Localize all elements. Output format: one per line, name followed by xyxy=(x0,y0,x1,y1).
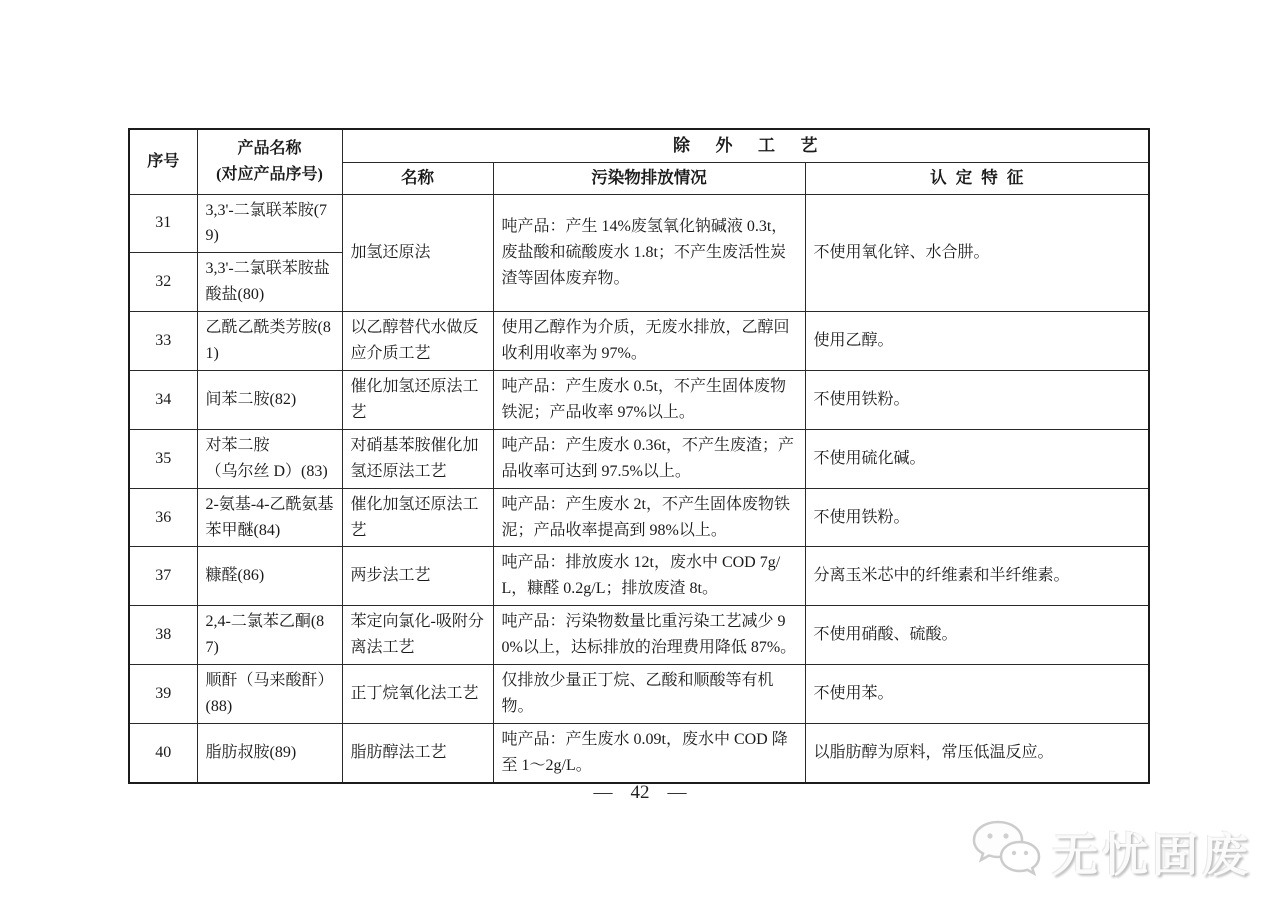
table-row: 39 顺酐（马来酸酐）(88) 正丁烷氧化法工艺 仅排放少量正丁烷、乙酸和顺酸等… xyxy=(129,665,1149,724)
product-cell: 乙酰乙酰类芳胺(81) xyxy=(197,312,342,371)
table-row: 36 2-氨基-4-乙酰氨基苯甲醚(84) 催化加氢还原法工艺 吨产品：产生废水… xyxy=(129,488,1149,547)
seq-cell: 31 xyxy=(129,194,197,253)
header-feature: 认定特征 xyxy=(805,162,1149,194)
feature-cell: 不使用铁粉。 xyxy=(805,488,1149,547)
page-number: 42 xyxy=(631,782,650,803)
exempt-process-table: 序号 产品名称 (对应产品序号) 除外工艺 名称 污染物排放情况 认定特征 31… xyxy=(128,128,1150,784)
product-cell: 糠醛(86) xyxy=(197,547,342,606)
seq-cell: 33 xyxy=(129,312,197,371)
feature-cell: 不使用硫化碱。 xyxy=(805,429,1149,488)
pollution-cell: 吨产品：污染物数量比重污染工艺减少 90%以上，达标排放的治理费用降低 87%。 xyxy=(493,606,805,665)
process-cell: 脂肪醇法工艺 xyxy=(342,723,493,783)
table-row: 34 间苯二胺(82) 催化加氢还原法工艺 吨产品：产生废水 0.5t，不产生固… xyxy=(129,370,1149,429)
header-exempt-process-group: 除外工艺 xyxy=(342,129,1149,162)
pollution-cell: 吨产品：产生废水 0.5t，不产生固体废物铁泥；产品收率 97%以上。 xyxy=(493,370,805,429)
product-cell: 间苯二胺(82) xyxy=(197,370,342,429)
feature-cell: 使用乙醇。 xyxy=(805,312,1149,371)
table-row: 38 2,4-二氯苯乙酮(87) 苯定向氯化-吸附分离法工艺 吨产品：污染物数量… xyxy=(129,606,1149,665)
footer-dash-left: — xyxy=(594,782,613,803)
seq-cell: 40 xyxy=(129,723,197,783)
header-seq: 序号 xyxy=(129,129,197,194)
seq-cell: 34 xyxy=(129,370,197,429)
process-cell: 催化加氢还原法工艺 xyxy=(342,488,493,547)
product-cell: 脂肪叔胺(89) xyxy=(197,723,342,783)
product-cell: 3,3'-二氯联苯胺(79) xyxy=(197,194,342,253)
product-cell: 3,3'-二氯联苯胺盐酸盐(80) xyxy=(197,253,342,312)
seq-cell: 32 xyxy=(129,253,197,312)
process-cell: 催化加氢还原法工艺 xyxy=(342,370,493,429)
seq-cell: 35 xyxy=(129,429,197,488)
seq-cell: 37 xyxy=(129,547,197,606)
table-row: 40 脂肪叔胺(89) 脂肪醇法工艺 吨产品：产生废水 0.09t，废水中 CO… xyxy=(129,723,1149,783)
header-process-name: 名称 xyxy=(342,162,493,194)
product-cell: 对苯二胺 （乌尔丝 D）(83) xyxy=(197,429,342,488)
product-cell: 顺酐（马来酸酐）(88) xyxy=(197,665,342,724)
table-row: 31 3,3'-二氯联苯胺(79) 加氢还原法 吨产品：产生 14%废氢氧化钠碱… xyxy=(129,194,1149,253)
pollution-cell: 吨产品：产生废水 0.09t，废水中 COD 降至 1～2g/L。 xyxy=(493,723,805,783)
process-cell: 两步法工艺 xyxy=(342,547,493,606)
product-cell: 2,4-二氯苯乙酮(87) xyxy=(197,606,342,665)
table-row: 35 对苯二胺 （乌尔丝 D）(83) 对硝基苯胺催化加氢还原法工艺 吨产品：产… xyxy=(129,429,1149,488)
feature-cell: 不使用铁粉。 xyxy=(805,370,1149,429)
feature-cell: 以脂肪醇为原料，常压低温反应。 xyxy=(805,723,1149,783)
pollution-cell: 仅排放少量正丁烷、乙酸和顺酸等有机物。 xyxy=(493,665,805,724)
table-header-row-1: 序号 产品名称 (对应产品序号) 除外工艺 xyxy=(129,129,1149,162)
watermark: 无忧固废 xyxy=(970,818,1252,885)
wechat-logo-icon xyxy=(970,818,1042,885)
process-cell: 苯定向氯化-吸附分离法工艺 xyxy=(342,606,493,665)
process-cell: 加氢还原法 xyxy=(342,194,493,312)
seq-cell: 38 xyxy=(129,606,197,665)
process-cell: 以乙醇替代水做反应介质工艺 xyxy=(342,312,493,371)
table-row: 37 糠醛(86) 两步法工艺 吨产品：排放废水 12t，废水中 COD 7g/… xyxy=(129,547,1149,606)
pollution-cell: 吨产品：产生废水 2t，不产生固体废物铁泥；产品收率提高到 98%以上。 xyxy=(493,488,805,547)
page-footer: —42— xyxy=(0,782,1280,804)
watermark-text: 无忧固废 xyxy=(1052,819,1252,885)
header-pollution: 污染物排放情况 xyxy=(493,162,805,194)
feature-cell: 不使用氧化锌、水合肼。 xyxy=(805,194,1149,312)
feature-cell: 分离玉米芯中的纤维素和半纤维素。 xyxy=(805,547,1149,606)
pollution-cell: 吨产品：产生 14%废氢氧化钠碱液 0.3t，废盐酸和硫酸废水 1.8t；不产生… xyxy=(493,194,805,312)
pollution-cell: 吨产品：排放废水 12t，废水中 COD 7g/L，糠醛 0.2g/L；排放废渣… xyxy=(493,547,805,606)
feature-cell: 不使用苯。 xyxy=(805,665,1149,724)
table-row: 33 乙酰乙酰类芳胺(81) 以乙醇替代水做反应介质工艺 使用乙醇作为介质，无废… xyxy=(129,312,1149,371)
process-cell: 正丁烷氧化法工艺 xyxy=(342,665,493,724)
product-cell: 2-氨基-4-乙酰氨基苯甲醚(84) xyxy=(197,488,342,547)
header-product: 产品名称 (对应产品序号) xyxy=(197,129,342,194)
seq-cell: 36 xyxy=(129,488,197,547)
feature-cell: 不使用硝酸、硫酸。 xyxy=(805,606,1149,665)
pollution-cell: 吨产品：产生废水 0.36t，不产生废渣；产品收率可达到 97.5%以上。 xyxy=(493,429,805,488)
process-cell: 对硝基苯胺催化加氢还原法工艺 xyxy=(342,429,493,488)
footer-dash-right: — xyxy=(668,782,687,803)
seq-cell: 39 xyxy=(129,665,197,724)
pollution-cell: 使用乙醇作为介质，无废水排放，乙醇回收利用收率为 97%。 xyxy=(493,312,805,371)
